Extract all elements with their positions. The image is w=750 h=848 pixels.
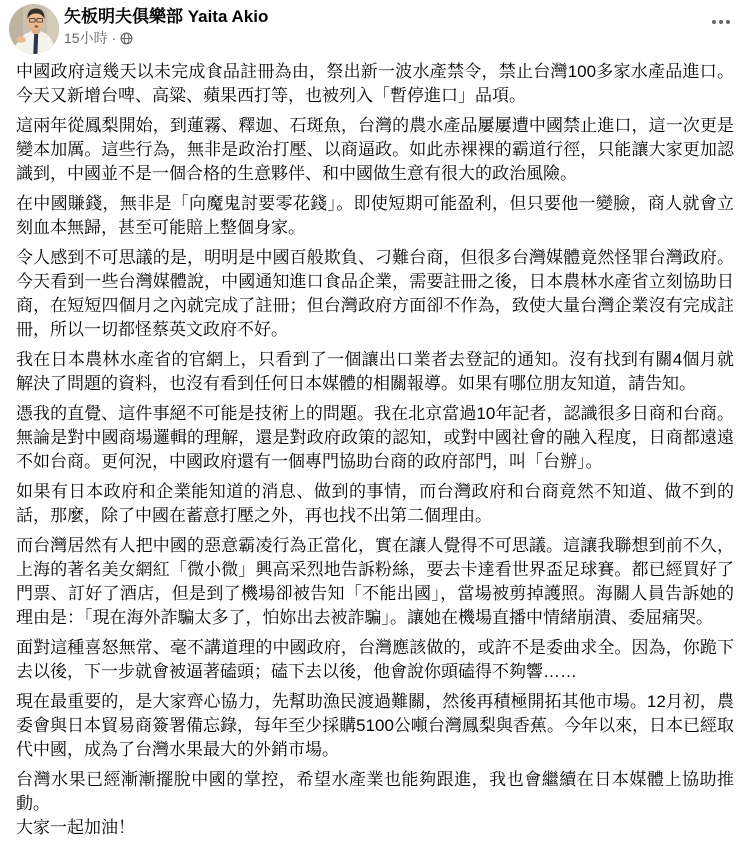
- facebook-post: 矢板明夫俱樂部 Yaita Akio 15小時 · 中國政府這幾天以未完成食品註…: [0, 0, 750, 848]
- post-paragraph: 我在日本農林水產省的官網上，只看到了一個讓出口業者去登記的通知。沒有找到有關4個…: [16, 348, 734, 396]
- post-paragraph: 現在最重要的，是大家齊心協力，先幫助漁民渡過難關，然後再積極開拓其他市場。12月…: [16, 690, 734, 762]
- post-text: 中國政府這幾天以未完成食品註冊為由，祭出新一波水產禁令，禁止台灣100多家水產品…: [0, 58, 750, 848]
- post-paragraph: 在中國賺錢，無非是「向魔鬼討要零花錢」。即使短期可能盈利，但只要他一變臉，商人就…: [16, 192, 734, 240]
- post-paragraph: 如果有日本政府和企業能知道的消息、做到的事情，而台灣政府和台商竟然不知道、做不到…: [16, 480, 734, 528]
- post-paragraph: 令人感到不可思議的是，明明是中國百般欺負、刁難台商，但很多台灣媒體竟然怪罪台灣政…: [16, 246, 734, 342]
- globe-public-icon: [120, 32, 133, 45]
- ellipsis-icon: [712, 20, 716, 24]
- timestamp[interactable]: 15小時: [64, 29, 108, 47]
- post-paragraph: 而台灣居然有人把中國的惡意霸凌行為正當化，實在讓人覺得不可思議。這讓我聯想到前不…: [16, 534, 734, 630]
- post-paragraph: 中國政府這幾天以未完成食品註冊為由，祭出新一波水產禁令，禁止台灣100多家水產品…: [16, 60, 734, 108]
- post-meta: 15小時 ·: [64, 29, 268, 47]
- post-paragraph: 面對這種喜怒無常、毫不講道理的中國政府，台灣應該做的，或許不是委曲求全。因為，你…: [16, 636, 734, 684]
- more-options-button[interactable]: [706, 12, 736, 32]
- header-info: 矢板明夫俱樂部 Yaita Akio 15小時 ·: [64, 6, 268, 47]
- post-paragraph: 這兩年從鳳梨開始，到蓮霧、釋迦、石斑魚，台灣的農水產品屢屢遭中國禁止進口，這一次…: [16, 114, 734, 186]
- meta-separator: ·: [112, 29, 117, 47]
- post-header: 矢板明夫俱樂部 Yaita Akio 15小時 ·: [0, 0, 750, 58]
- avatar[interactable]: [9, 4, 59, 54]
- profile-photo-illustration: [9, 4, 59, 54]
- author-name[interactable]: 矢板明夫俱樂部 Yaita Akio: [64, 6, 268, 27]
- post-paragraph: 台灣水果已經漸漸擺脫中國的掌控，希望水產業也能夠跟進，我也會繼續在日本媒體上協助…: [16, 768, 734, 840]
- post-paragraph: 憑我的直覺、這件事絕不可能是技術上的問題。我在北京當過10年記者，認識很多日商和…: [16, 402, 734, 474]
